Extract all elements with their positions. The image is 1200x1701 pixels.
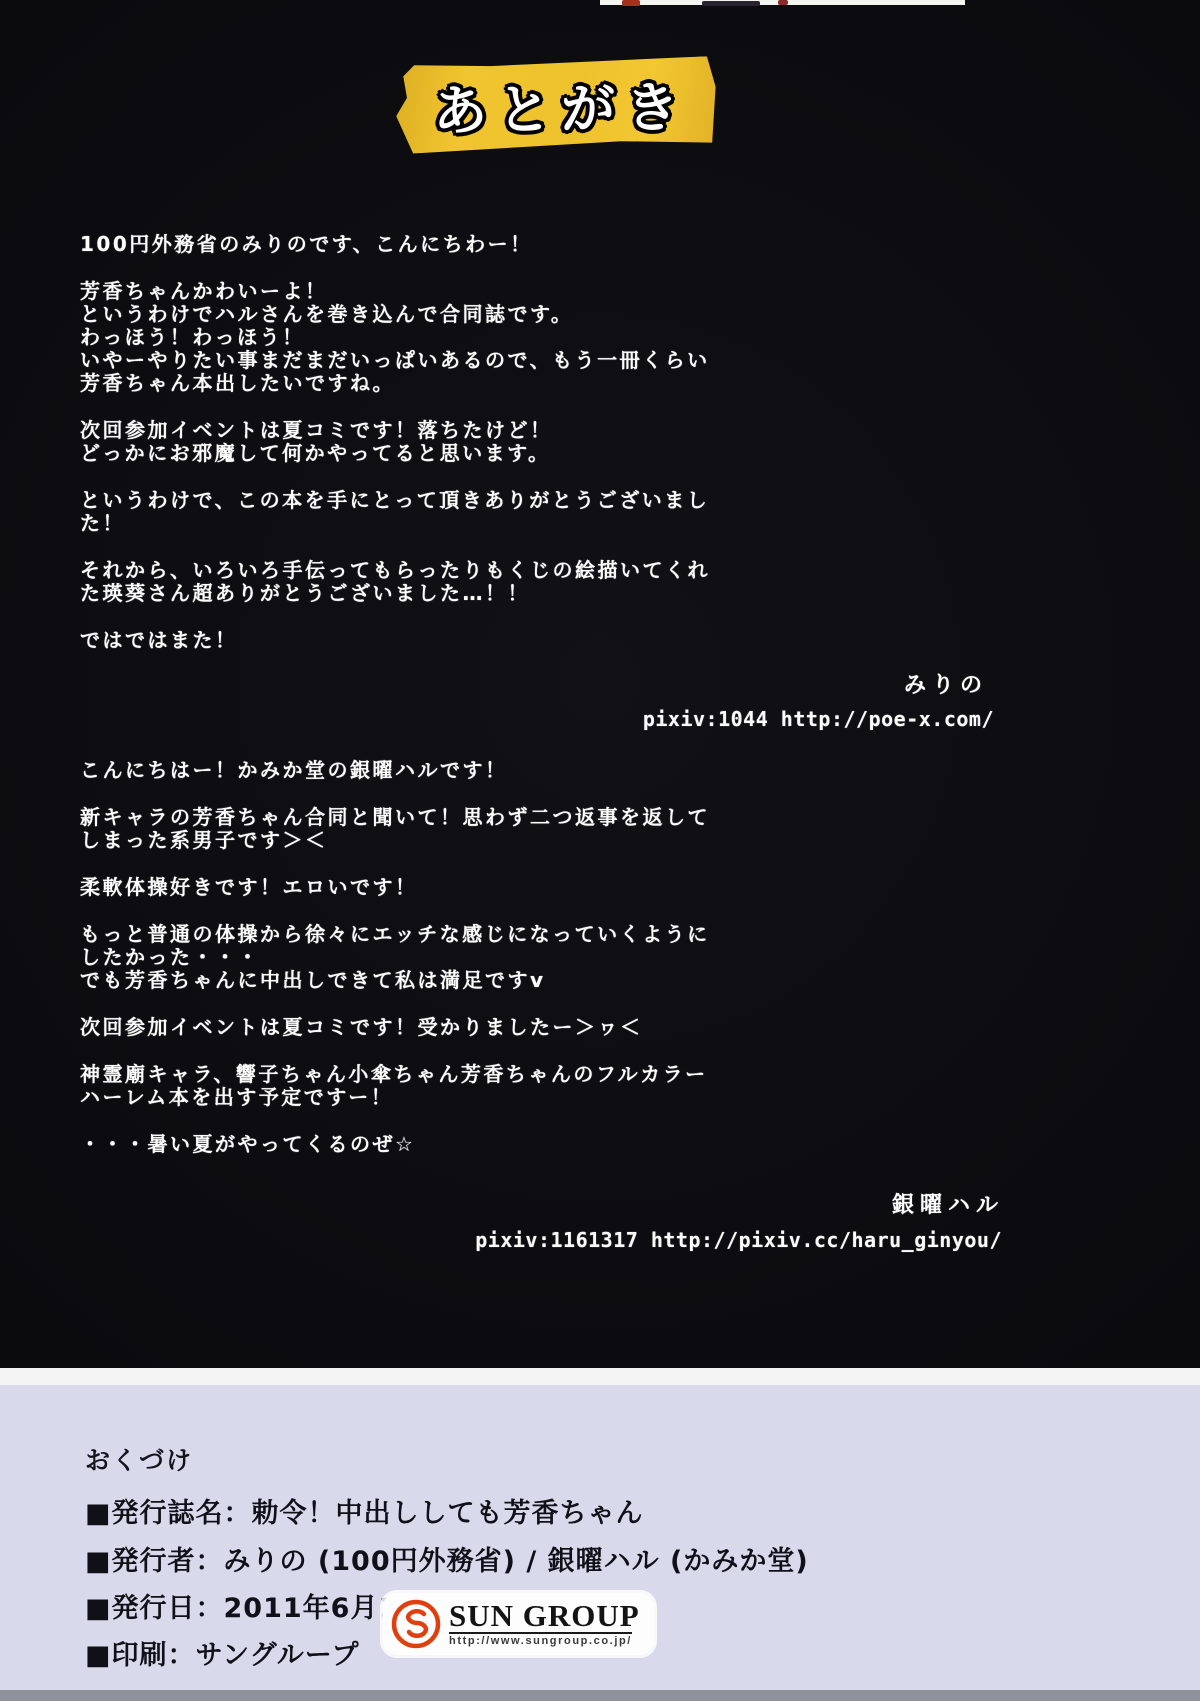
- afterword-section-mirino: 100円外務省のみりのです、こんにちわー！ 芳香ちゃんかわいーよ！ というわけで…: [80, 233, 1145, 676]
- afterword-title-banner: あとがき: [395, 56, 717, 154]
- afterword-line: た瑛葵さん超ありがとうございました…！！: [80, 582, 1145, 605]
- afterword-line: もっと普通の体操から徐々にエッチな感じになっていくように: [80, 923, 1145, 946]
- paragraph: こんにちはー！かみか堂の銀曜ハルです！: [80, 759, 1145, 782]
- afterword-line: た！: [80, 512, 1145, 535]
- paragraph: 新キャラの芳香ちゃん合同と聞いて！思わず二つ返事を返して しまった系男子です＞＜: [80, 806, 1145, 852]
- colophon-item-publishers: ■発行者：みりの (100円外務省) / 銀曜ハル (かみか堂): [85, 1539, 809, 1578]
- afterword-line: こんにちはー！かみか堂の銀曜ハルです！: [80, 759, 1145, 782]
- afterword-line: ・・・暑い夏がやってくるのぜ☆: [80, 1133, 1145, 1156]
- paragraph: 神霊廟キャラ、響子ちゃん小傘ちゃん芳香ちゃんのフルカラー ハーレム本を出す予定で…: [80, 1063, 1145, 1109]
- signature-haru: 銀曜ハル: [892, 1188, 1004, 1219]
- paragraph: 柔軟体操好きです！エロいです！: [80, 876, 1145, 899]
- paragraph: もっと普通の体操から徐々にエッチな感じになっていくように したかった・・・ でも…: [80, 923, 1145, 992]
- paragraph: 次回参加イベントは夏コミです！落ちたけど！ どっかにお邪魔して何かやってると思い…: [80, 419, 1145, 465]
- pixiv-link-haru: pixiv:1161317 http://pixiv.cc/haru_ginyo…: [475, 1228, 1002, 1252]
- paragraph: 100円外務省のみりのです、こんにちわー！: [80, 233, 1145, 256]
- colophon-heading: おくづけ: [85, 1441, 193, 1477]
- paragraph: 芳香ちゃんかわいーよ！ というわけでハルさんを巻き込んで合同誌です。 わっほう！…: [80, 280, 1145, 395]
- afterword-line: ではではまた！: [80, 629, 1145, 652]
- afterword-line: いやーやりたい事まだまだいっぱいあるので、もう一冊くらい: [80, 349, 1145, 372]
- sun-group-url: http://www.sungroup.co.jp/: [449, 1632, 632, 1647]
- afterword-line: 新キャラの芳香ちゃん合同と聞いて！思わず二つ返事を返して: [80, 806, 1145, 829]
- pixiv-link-mirino: pixiv:1044 http://poe-x.com/: [643, 707, 994, 731]
- page-title: あとがき: [422, 64, 689, 145]
- signature-mirino: みりの: [904, 668, 988, 699]
- afterword-line: しまった系男子です＞＜: [80, 829, 1145, 852]
- afterword-line: 芳香ちゃん本出したいですね。: [80, 372, 1145, 395]
- afterword-line: 次回参加イベントは夏コミです！受かりましたー＞ヮ＜: [80, 1016, 1145, 1039]
- afterword-line: したかった・・・: [80, 946, 1145, 969]
- sun-group-logo: SUN GROUP http://www.sungroup.co.jp/: [383, 1593, 654, 1655]
- sun-group-emblem-icon: [391, 1599, 441, 1649]
- afterword-line: 次回参加イベントは夏コミです！落ちたけど！: [80, 419, 1145, 442]
- afterword-line: 柔軟体操好きです！エロいです！: [80, 876, 1145, 899]
- afterword-line: わっほう！わっほう！: [80, 326, 1145, 349]
- paragraph: ・・・暑い夏がやってくるのぜ☆: [80, 1133, 1145, 1156]
- paragraph: 次回参加イベントは夏コミです！受かりましたー＞ヮ＜: [80, 1016, 1145, 1039]
- scan-artifact: [778, 0, 788, 5]
- colophon: おくづけ ■発行誌名：勅令！中出ししても芳香ちゃん ■発行者：みりの (100円…: [0, 1368, 1200, 1701]
- sun-group-name: SUN GROUP: [449, 1601, 640, 1631]
- afterword-line: でも芳香ちゃんに中出しできて私は満足ですv: [80, 969, 1145, 992]
- afterword-line: 神霊廟キャラ、響子ちゃん小傘ちゃん芳香ちゃんのフルカラー: [80, 1063, 1145, 1086]
- afterword-section-haru: こんにちはー！かみか堂の銀曜ハルです！ 新キャラの芳香ちゃん合同と聞いて！思わず…: [80, 759, 1145, 1180]
- colophon-item-printer: ■印刷：サングループ: [85, 1633, 359, 1672]
- afterword-line: 100円外務省のみりのです、こんにちわー！: [80, 233, 1145, 256]
- page-edge: [0, 1690, 1200, 1701]
- afterword-line: どっかにお邪魔して何かやってると思います。: [80, 442, 1145, 465]
- scan-artifact: [702, 1, 760, 6]
- afterword-line: 芳香ちゃんかわいーよ！: [80, 280, 1145, 303]
- colophon-body: おくづけ ■発行誌名：勅令！中出ししても芳香ちゃん ■発行者：みりの (100円…: [0, 1385, 1200, 1690]
- colophon-item-title: ■発行誌名：勅令！中出ししても芳香ちゃん: [85, 1491, 644, 1530]
- afterword-line: というわけで、この本を手にとって頂きありがとうございまし: [80, 489, 1145, 512]
- scanned-afterword-page: あとがき 100円外務省のみりのです、こんにちわー！ 芳香ちゃんかわいーよ！ と…: [0, 0, 1200, 1701]
- paragraph: というわけで、この本を手にとって頂きありがとうございまし た！: [80, 489, 1145, 535]
- paragraph: ではではまた！: [80, 629, 1145, 652]
- scan-artifact: [622, 0, 640, 6]
- afterword-line: というわけでハルさんを巻き込んで合同誌です。: [80, 303, 1145, 326]
- afterword-line: ハーレム本を出す予定ですー！: [80, 1086, 1145, 1109]
- afterword-line: それから、いろいろ手伝ってもらったりもくじの絵描いてくれ: [80, 559, 1145, 582]
- page-edge: [0, 1368, 1200, 1385]
- sun-group-text: SUN GROUP http://www.sungroup.co.jp/: [449, 1601, 640, 1647]
- paragraph: それから、いろいろ手伝ってもらったりもくじの絵描いてくれ た瑛葵さん超ありがとう…: [80, 559, 1145, 605]
